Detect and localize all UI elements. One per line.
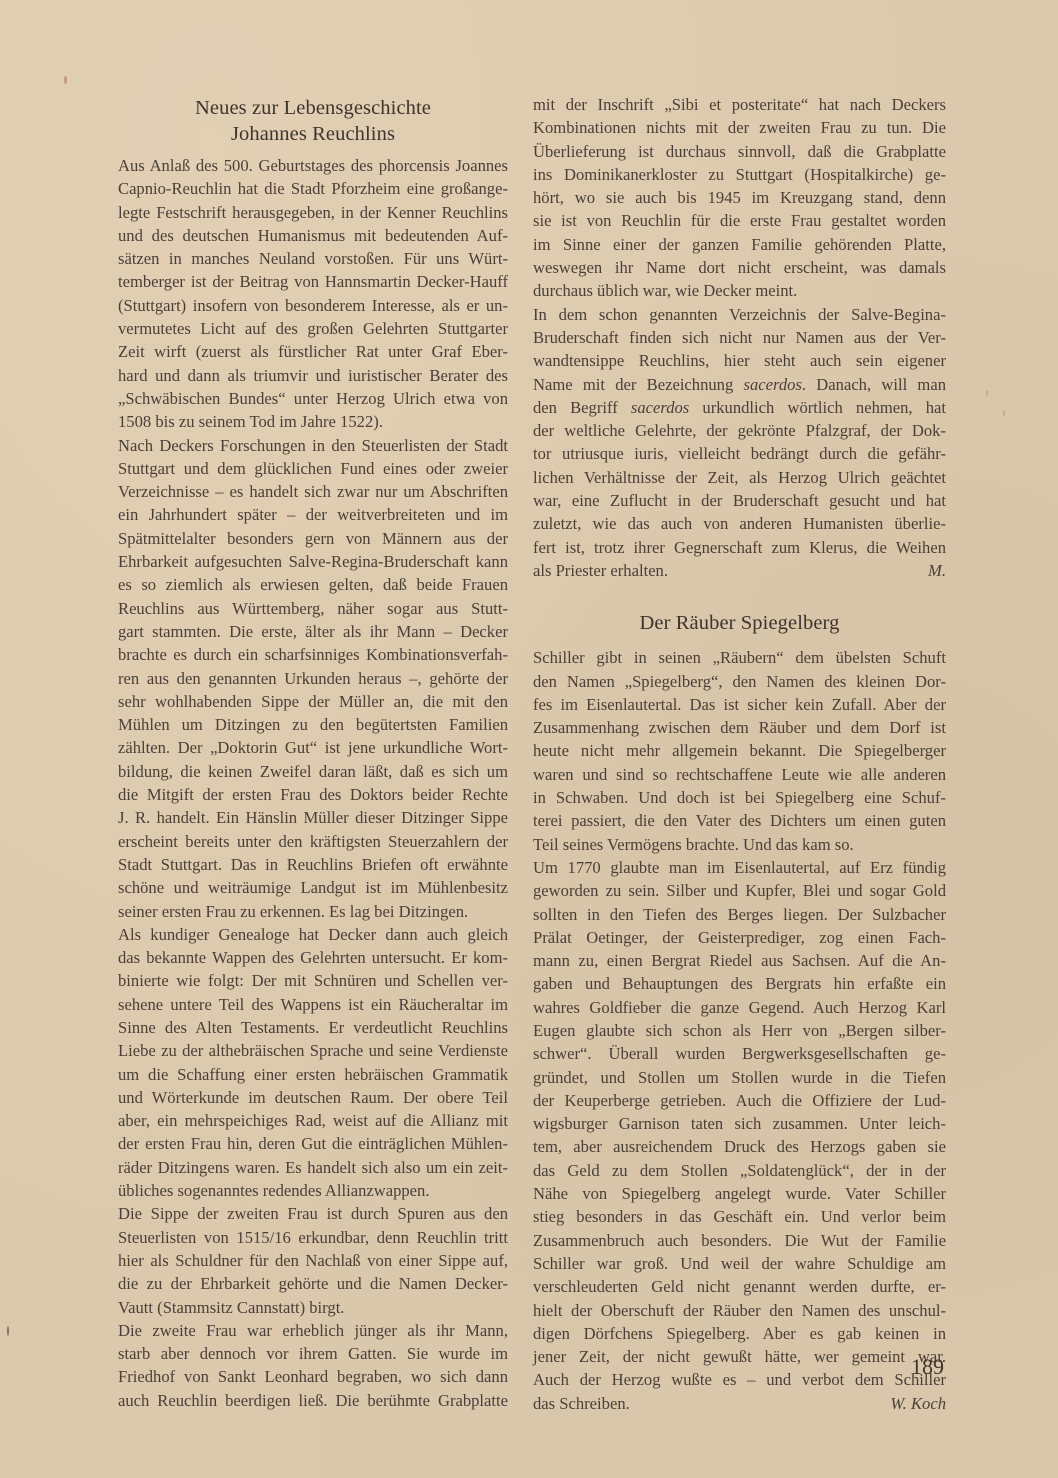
text-line: tor utriusque iuris, vielleicht bedrängt… [533,442,946,465]
text-line: Nähe von Spiegelberg angelegt wurde. Vat… [533,1182,946,1205]
text-line: ren aus den genannten Urkunden heraus –,… [118,667,508,690]
text-line: das bekannte Wappen des Gelehrten unters… [118,946,508,969]
text-line: das Geld zu dem Stollen „Soldatenglück“,… [533,1159,946,1182]
closing-text: als Priester erhalten. [533,559,668,582]
text-line: 1508 bis zu seinem Tod im Jahre 1522). [118,410,508,433]
text-line: hört, wo sie auch bis 1945 im Kreuzgang … [533,186,946,209]
text-line: waren und sind so rechtschaffene Leute w… [533,763,946,786]
text-line: Steuerlisten von 1515/16 erkundbar, denn… [118,1226,508,1249]
text-line: Spätmittelalter besonders gern von Männe… [118,527,508,550]
text-line: schöne und weiträumige Landgut ist im Mü… [118,876,508,899]
text-line: wahres Goldfieber die ganze Gegend. Auch… [533,996,946,1019]
text-line: sätzen in manches Neuland vorstoßen. Für… [118,247,508,270]
text-line: Prälat Oetinger, der Geisterprediger, zo… [533,926,946,949]
text-line: Reuchlins aus Württemberg, näher sogar a… [118,597,508,620]
text-line: durchaus üblich war, wie Decker meint. [533,279,946,302]
article-title-reuchlin: Neues zur Lebensgeschichte Johannes Reuc… [118,95,508,147]
text-line: erscheint bereits unter den kräftigsten … [118,830,508,853]
left-column: Neues zur Lebensgeschichte Johannes Reuc… [118,95,508,1412]
article-title-spiegelberg: Der Räuber Spiegelberg [533,610,946,636]
text-line: tem, aber ausreichendem Druck des Herzog… [533,1135,946,1158]
text-line: ins Dominikanerkloster zu Stuttgart (Hos… [533,163,946,186]
text-line: den Begriff sacerdos urkundlich wörtlich… [533,396,946,419]
text-line: fes im Eisenlautertal. Das ist sicher ke… [533,693,946,716]
text-line: mit der Inschrift „Sibi et posteritate“ … [533,93,946,116]
text-line: gründet, und Stollen um Stollen wurde in… [533,1066,946,1089]
text-line: Stuttgart und dem glücklichen Fund eines… [118,457,508,480]
text-line: (Stuttgart) insofern von besonderem Inte… [118,294,508,317]
text-line: Zusammenhang zwischen dem Räuber und dem… [533,716,946,739]
article-body-spiegelberg: Schiller gibt in seinen „Räubern“ dem üb… [533,646,946,1392]
text-line: temberger ist der Beitrag von Hannsmarti… [118,270,508,293]
text-line: Vautt (Stammsitz Cannstatt) birgt. [118,1296,508,1319]
text-line: geworden zu sein. Silber und Kupfer, Ble… [533,879,946,902]
text-line: hard und dann als triumvir und iuristisc… [118,364,508,387]
text-line: Ehrbarkeit aufgesuchten Salve-Regina-Bru… [118,550,508,573]
text-line: Mühlen um Ditzingen zu den begütertsten … [118,713,508,736]
closing-line-spiegelberg: das Schreiben. W. Koch [533,1392,946,1415]
text-line: zuletzt, wie das auch von anderen Humani… [533,512,946,535]
text-line: Als kundiger Genealoge hat Decker dann a… [118,923,508,946]
text-line: Teil seines Vermögens brachte. Und das k… [533,833,946,856]
title-line-2: Johannes Reuchlins [118,121,508,147]
title-line-1: Neues zur Lebensgeschichte [118,95,508,121]
text-line: der weltliche Gelehrte, der gekrönte Pfa… [533,419,946,442]
text-line: ein Jahrhundert später – der weitverbrei… [118,503,508,526]
text-line: heute nicht mehr allgemein bekannt. Die … [533,739,946,762]
text-line: fert ist, trotz ihrer Gegnerschaft zum K… [533,536,946,559]
text-line: wigsburger Garnison taten sich zusammen.… [533,1112,946,1135]
text-line: Schiller gibt in seinen „Räubern“ dem üb… [533,646,946,669]
text-line: der Keuperberge getrieben. Auch die Offi… [533,1089,946,1112]
text-line: Überlieferung ist durchaus sinnvoll, daß… [533,140,946,163]
text-line: digen Dörfchens Spiegelberg. Aber es gab… [533,1322,946,1345]
text-line: jener Zeit, der nicht gewußt hätte, wer … [533,1345,946,1368]
text-line: brachte es durch ein scharfsinniges Komb… [118,643,508,666]
text-line: aber, ein mehrspeichiges Rad, weist auf … [118,1109,508,1132]
author-signature-koch: W. Koch [890,1392,946,1415]
text-line: J. R. handelt. Ein Hänslin Müller dieser… [118,806,508,829]
paper-stain [64,76,67,84]
text-line: Sinne des Alten Testaments. Er verdeutli… [118,1016,508,1039]
text-line: terei passiert, die den Vater des Dichte… [533,809,946,832]
text-line: Name mit der Bezeichnung sacerdos. Danac… [533,373,946,396]
text-line: binierte wie folgt: Der mit Schnüren und… [118,969,508,992]
article-body-reuchlin-part2: mit der Inschrift „Sibi et posteritate“ … [533,93,946,559]
text-line: übliches sogenanntes redendes Allianzwap… [118,1179,508,1202]
text-line: Verzeichnisse – es handelt sich zwar nur… [118,480,508,503]
text-line: sehr wohlhabenden Sippe der Müller an, d… [118,690,508,713]
text-line: verschleuderten Geld nicht genannt werde… [533,1275,946,1298]
text-line: Die Sippe der zweiten Frau ist durch Spu… [118,1202,508,1225]
text-line: Zeit wirft (zuerst als fürstlicher Rat u… [118,340,508,363]
text-line: die Mitgift der ersten Frau des Doktors … [118,783,508,806]
text-line: Stadt Stuttgart. Das in Reuchlins Briefe… [118,853,508,876]
text-line: um die Schaffung einer ersten hebräische… [118,1063,508,1086]
text-line: war, eine Zuflucht in der Bruderschaft g… [533,489,946,512]
text-line: Schiller war groß. Und weil der wahre Sc… [533,1252,946,1275]
text-line: es so ziemlich als erwiesen gelten, daß … [118,573,508,596]
text-line: Die zweite Frau war erheblich jünger als… [118,1319,508,1342]
text-line: weswegen ihr Name dort nicht erscheint, … [533,256,946,279]
paper-stain [1003,410,1005,416]
text-line: in Schwaben. Und doch ist bei Spiegelber… [533,786,946,809]
text-line: sehene untere Teil des Wappens ist ein R… [118,993,508,1016]
text-line: vermutetes Licht auf des großen Gelehrte… [118,317,508,340]
closing-line-reuchlin: als Priester erhalten. M. [533,559,946,582]
text-line: zählten. Der „Doktorin Gut“ ist jene urk… [118,736,508,759]
text-line: Bruderschaft finden sich nicht nur Namen… [533,326,946,349]
text-line: im Sinne einer der ganzen Familie gehöre… [533,233,946,256]
text-line: Nach Deckers Forschungen in den Steuerli… [118,434,508,457]
text-line: Aus Anlaß des 500. Geburtstages des phor… [118,154,508,177]
text-line: die zu der Ehrbarkeit gehörte und die Na… [118,1272,508,1295]
author-signature-m: M. [928,559,946,582]
text-line: und Wörterkunde im deutschen Raum. Der o… [118,1086,508,1109]
text-line: räder Ditzingens waren. Es handelt sich … [118,1156,508,1179]
text-line: lichen Verhältnisse der Zeit, als Herzog… [533,466,946,489]
text-line: und des deutschen Humanismus mit bedeute… [118,224,508,247]
text-line: sie ist von Reuchlin für die erste Frau … [533,209,946,232]
text-line: Capnio-Reuchlin hat die Stadt Pforzheim … [118,177,508,200]
text-line: mann zu, einen Bergrat Riedel aus Sachse… [533,949,946,972]
text-line: starb aber dennoch vor ihrem Gatten. Sie… [118,1342,508,1365]
paper-stain [7,1326,9,1336]
text-line: sollten in den Tiefen des Berges liegen.… [533,903,946,926]
latin-term: sacerdos [744,375,802,394]
text-line: der ersten Frau hin, deren Gut die eintr… [118,1132,508,1155]
text-line: seiner ersten Frau zu erkennen. Es lag b… [118,900,508,923]
text-line: legte Festschrift herausgegeben, in der … [118,201,508,224]
page-number: 189 [900,1354,944,1380]
text-line: Auch der Herzog wußte es – und verbot de… [533,1368,946,1391]
text-line: Kombinationen nichts mit der zweiten Fra… [533,116,946,139]
text-line: gart stammten. Die erste, älter als ihr … [118,620,508,643]
text-line: Um 1770 glaubte man im Eisenlautertal, a… [533,856,946,879]
text-line: Liebe zu der althebräischen Sprache und … [118,1039,508,1062]
book-page: Neues zur Lebensgeschichte Johannes Reuc… [0,0,1058,1478]
text-line: „Schwäbischen Bundes“ unter Herzog Ulric… [118,387,508,410]
text-line: schwer“. Überall wurden Bergwerksgesells… [533,1042,946,1065]
text-line: den Namen „Spiegelberg“, den Namen des k… [533,670,946,693]
text-line: Friedhof von Sankt Leonhard begraben, wo… [118,1365,508,1388]
right-column: mit der Inschrift „Sibi et posteritate“ … [533,95,946,1415]
text-line: auch Reuchlin beerdigen ließ. Die berühm… [118,1389,508,1412]
text-line: Eugen glaubte sich schon als Herr von „B… [533,1019,946,1042]
text-line: Zusammenbruch auch besonders. Die Wut de… [533,1229,946,1252]
article-body-reuchlin-part1: Aus Anlaß des 500. Geburtstages des phor… [118,154,508,1412]
text-line: bildung, die keinen Zweifel daran läßt, … [118,760,508,783]
text-line: stieg besonders in das Geschäft ein. Und… [533,1205,946,1228]
closing-text: das Schreiben. [533,1392,630,1415]
text-line: hier als Schuldner für den Nachlaß von e… [118,1249,508,1272]
latin-term: sacerdos [631,398,689,417]
text-line: hielt der Oberschuft der Räuber den Name… [533,1299,946,1322]
text-line: In dem schon genannten Verzeichnis der S… [533,303,946,326]
paper-stain [986,390,988,396]
text-line: gaben und Behauptungen des Bergrats hin … [533,972,946,995]
text-line: wandtensippe Reuchlins, hier steht auch … [533,349,946,372]
